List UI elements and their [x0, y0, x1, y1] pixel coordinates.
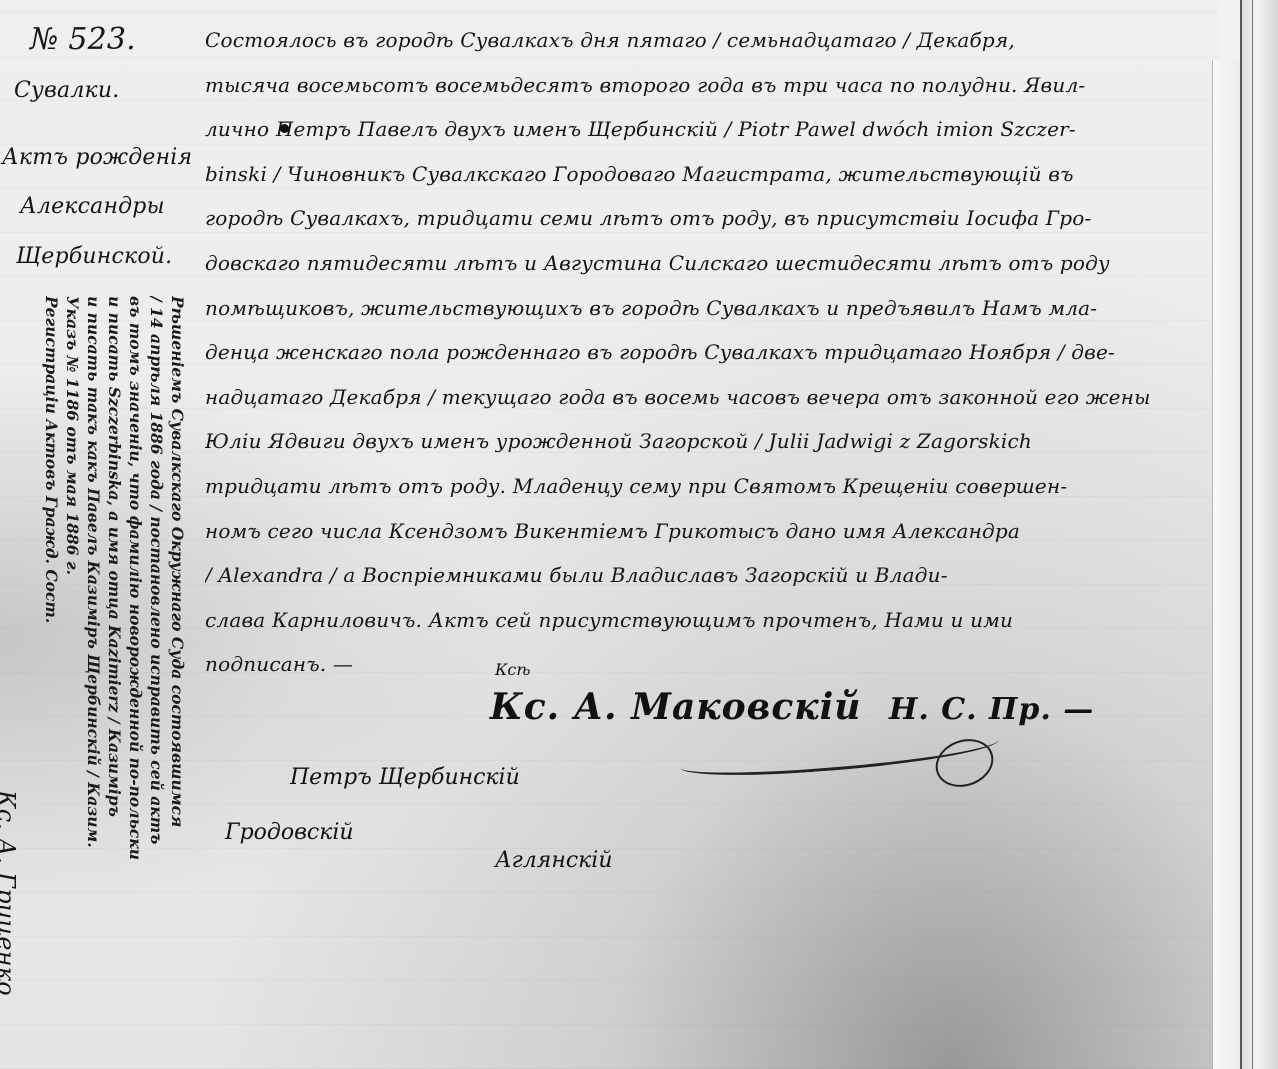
body-line: тридцати лѣтъ отъ роду. Младенцу сему пр…: [205, 464, 1210, 509]
margin-title-line3: Щербинской.: [16, 244, 172, 269]
record-body: Состоялось въ городѣ Сувалкахъ дня пятаг…: [205, 18, 1210, 687]
vertical-margin-note: Рѣшеніемъ Сувалкскаго Окружнаго Суда сос…: [41, 296, 188, 1056]
witness1-signature: Гродовскій: [225, 820, 354, 845]
body-line: Состоялось въ городѣ Сувалкахъ дня пятаг…: [205, 18, 1210, 63]
vertical-note-line: / 14 апрѣля 1886 года / постановлено исп…: [146, 296, 167, 1056]
body-line: binski / Чиновникъ Сувалкскаго Городоваг…: [205, 152, 1210, 197]
margin-title-line1: Актъ рожденія: [2, 145, 192, 170]
vertical-note-line: и писать Szczerbinska, а имя отца Kazimi…: [104, 296, 125, 1056]
body-line: подписанъ. —: [205, 642, 1210, 687]
body-line: слава Карниловичъ. Актъ сей присутствующ…: [205, 598, 1210, 643]
margin-town: Сувалки.: [14, 78, 119, 103]
binding-edge-line: [1252, 0, 1253, 1069]
body-line: Юліи Ядвиги двухъ именъ урожденной Загор…: [205, 419, 1210, 464]
body-line: тысяча восемьсотъ восемьдесятъ второго г…: [205, 63, 1210, 108]
ink-dot-mark: [280, 124, 289, 133]
document-scan: № 523. Сувалки. Актъ рожденія Александры…: [0, 0, 1218, 1069]
body-line: денца женскаго пола рожденнаго въ городѣ…: [205, 330, 1210, 375]
vertical-note-line: Регистраціи Актовъ Гражд. Сост.: [41, 296, 62, 1056]
body-line: городѣ Сувалкахъ, тридцати семи лѣтъ отъ…: [205, 196, 1210, 241]
record-number: № 523.: [30, 22, 136, 57]
margin-title-line2: Александры: [20, 194, 165, 219]
book-binding: [1240, 0, 1278, 1069]
page-margin-strip: [1212, 60, 1241, 1069]
body-line: надцатаго Декабря / текущаго года въ вос…: [205, 375, 1210, 420]
body-line: помѣщиковъ, жительствующихъ въ городѣ Су…: [205, 286, 1210, 331]
body-line: лично Петръ Павелъ двухъ именъ Щербинскі…: [205, 107, 1210, 152]
official-name: Кс. А. Маковскій: [490, 686, 861, 728]
official-signature: Кс. А. Маковскій Н. С. Пр. —: [490, 686, 1094, 728]
vertical-note-signature: Кс. А. Гриценко: [0, 790, 20, 996]
official-signature-prefix: Ксѣ: [495, 660, 530, 679]
father-signature: Петръ Щербинскій: [290, 765, 520, 790]
vertical-note-line: Рѣшеніемъ Сувалкскаго Окружнаго Суда сос…: [167, 296, 188, 1056]
witness2-signature: Аглянскій: [495, 848, 613, 873]
body-line: довскаго пятидесяти лѣтъ и Августина Сил…: [205, 241, 1210, 286]
vertical-note-line: въ томъ значеніи, что фамилію новорожден…: [125, 296, 146, 1056]
vertical-note-line: и писать такъ какъ Павелъ Казиміръ Щерби…: [83, 296, 104, 1056]
vertical-note-line: Указъ № 1186 отъ мая 1886 г.: [62, 296, 83, 1056]
body-line: / Alexandra / а Воспріемниками были Влад…: [205, 553, 1210, 598]
official-title: Н. С. Пр. —: [889, 692, 1094, 727]
body-line: номъ сего числа Ксендзомъ Викентіемъ Гри…: [205, 509, 1210, 554]
